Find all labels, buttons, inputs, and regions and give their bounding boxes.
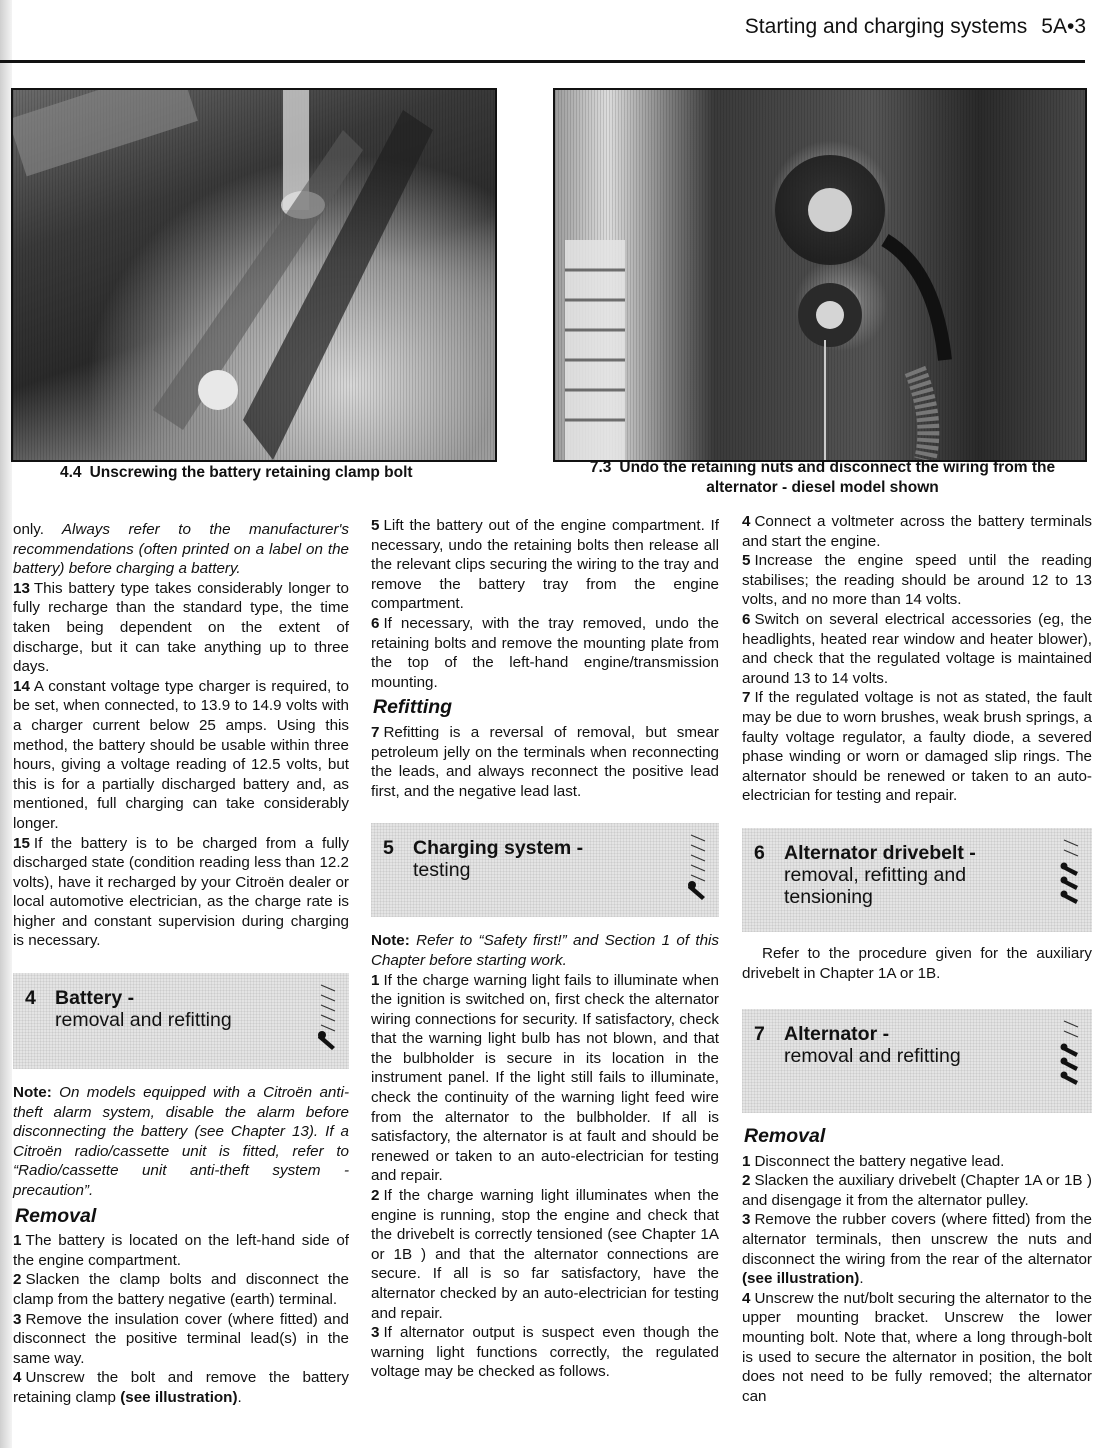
text: If necessary, with the tray removed, und… xyxy=(371,615,719,691)
figure-number: 4.4 xyxy=(60,464,82,481)
alternator-wiring-illustration xyxy=(555,90,1085,460)
text: Lift the battery out of the engine compa… xyxy=(371,517,719,612)
step-number: 2 xyxy=(13,1271,21,1288)
section-number: 4 xyxy=(25,987,55,1031)
figure-caption-text: alternator - diesel model shown xyxy=(706,479,939,496)
figure-4-4-caption: 4.4Unscrewing the battery retaining clam… xyxy=(60,464,500,482)
text: If the charge warning light fails to ill… xyxy=(371,972,719,1185)
text: This battery type takes considerably lon… xyxy=(13,580,349,675)
page-header: Starting and charging systems5A•3 xyxy=(0,0,1112,62)
section-number: 6 xyxy=(754,842,784,908)
alt-removal-step-2: 2Slacken the auxiliary drivebelt (Chapte… xyxy=(742,1171,1092,1210)
section-6-heading: 6 Alternator drivebelt - removal, refitt… xyxy=(742,828,1092,932)
text: Refitting is a reversal of removal, but … xyxy=(371,724,719,800)
figure-number: 7.3 xyxy=(590,459,612,476)
section-subtitle: removal and refitting xyxy=(784,1045,961,1067)
section-subtitle: testing xyxy=(413,859,470,881)
test-step-2: 2If the charge warning light illuminates… xyxy=(371,1186,719,1323)
wrench-icon xyxy=(1060,836,1082,908)
text: Always refer to the manufacturer's recom… xyxy=(13,521,349,577)
step-number: 3 xyxy=(742,1211,750,1228)
difficulty-rating-icon xyxy=(1058,1017,1084,1089)
step-number: 2 xyxy=(371,1187,379,1204)
section-title: 5 Charging system - testing xyxy=(383,837,679,881)
section-title: 6 Alternator drivebelt - removal, refitt… xyxy=(754,842,1052,908)
removal-step-4: 4Unscrew the bolt and remove the battery… xyxy=(13,1368,349,1407)
step-number: 4 xyxy=(13,1369,21,1386)
step-7: 7Refitting is a reversal of removal, but… xyxy=(371,723,719,801)
section-subtitle: removal and refitting xyxy=(55,1009,232,1031)
running-head: Starting and charging systems5A•3 xyxy=(745,15,1086,39)
section-6-body: Refer to the procedure given for the aux… xyxy=(742,944,1092,983)
step-number: 5 xyxy=(742,552,750,569)
paragraph-15: 15If the battery is to be charged from a… xyxy=(13,834,349,952)
text: If alternator output is suspect even tho… xyxy=(371,1324,719,1380)
text: Slacken the auxiliary drivebelt (Chapter… xyxy=(742,1172,1092,1209)
text: Remove the insulation cover (where fitte… xyxy=(13,1311,349,1367)
text: Slacken the clamp bolts and disconnect t… xyxy=(13,1271,349,1308)
step-number: 3 xyxy=(13,1311,21,1328)
note-text: On models equipped with a Citroën anti-t… xyxy=(13,1084,349,1199)
section-number: 7 xyxy=(754,1023,784,1067)
figure-7-3-caption: 7.3Undo the retaining nuts and disconnec… xyxy=(555,458,1090,498)
text-column-2: 5Lift the battery out of the engine comp… xyxy=(371,516,719,1382)
section-main-title: Alternator - xyxy=(784,1023,889,1045)
step-5: 5Lift the battery out of the engine comp… xyxy=(371,516,719,614)
paragraph-13: 13This battery type takes considerably l… xyxy=(13,579,349,677)
wrench-icon xyxy=(1060,1017,1082,1089)
section-number: 5 xyxy=(383,837,413,881)
test-step-1: 1If the charge warning light fails to il… xyxy=(371,971,719,1187)
text: If the charge warning light illuminates … xyxy=(371,1187,719,1322)
step-number: 1 xyxy=(742,1153,750,1170)
text: Disconnect the battery negative lead. xyxy=(754,1153,1004,1170)
page-number: 5A•3 xyxy=(1041,15,1086,38)
section-subtitle: removal, refitting and xyxy=(784,864,966,886)
alt-removal-step-4: 4Unscrew the nut/bolt securing the alter… xyxy=(742,1289,1092,1407)
refitting-heading: Refitting xyxy=(373,698,719,718)
step-number: 7 xyxy=(742,689,750,706)
test-step-7: 7If the regulated voltage is not as stat… xyxy=(742,688,1092,806)
removal-step-3: 3Remove the insulation cover (where fitt… xyxy=(13,1310,349,1369)
section-title: 7 Alternator - removal and refitting xyxy=(754,1023,1052,1067)
text: only. xyxy=(13,521,44,538)
text: Remove the rubber covers (where fitted) … xyxy=(742,1211,1092,1267)
test-step-5: 5Increase the engine speed until the rea… xyxy=(742,551,1092,610)
step-number: 1 xyxy=(371,972,379,989)
paragraph: only. Always refer to the manufacturer's… xyxy=(13,520,349,579)
text: . xyxy=(859,1270,863,1287)
illustration-reference: (see illustration) xyxy=(742,1270,859,1287)
step-6: 6If necessary, with the tray removed, un… xyxy=(371,614,719,692)
test-step-6: 6Switch on several electrical accessorie… xyxy=(742,610,1092,688)
text-column-3: 4Connect a voltmeter across the battery … xyxy=(742,512,1092,1406)
text: If the regulated voltage is not as state… xyxy=(742,689,1092,804)
charging-note: Note: Refer to “Safety first!” and Secti… xyxy=(371,931,719,970)
note-text: Refer to “Safety first!” and Section 1 o… xyxy=(371,932,719,969)
illustration-reference: (see illustration) xyxy=(120,1389,237,1406)
step-number: 6 xyxy=(742,611,750,628)
chapter-title: Starting and charging systems xyxy=(745,15,1027,38)
removal-heading: Removal xyxy=(744,1127,1092,1147)
step-number: 15 xyxy=(13,835,30,852)
section-7-heading: 7 Alternator - removal and refitting xyxy=(742,1009,1092,1113)
figure-caption-text: Undo the retaining nuts and disconnect t… xyxy=(619,459,1055,476)
step-number: 1 xyxy=(13,1232,21,1249)
text: Switch on several electrical accessories… xyxy=(742,611,1092,687)
battery-note: Note: On models equipped with a Citroën … xyxy=(13,1083,349,1201)
step-number: 2 xyxy=(742,1172,750,1189)
figure-7-3-photo xyxy=(553,88,1087,462)
test-step-4: 4Connect a voltmeter across the battery … xyxy=(742,512,1092,551)
wrench-icon xyxy=(687,831,709,901)
removal-heading: Removal xyxy=(15,1207,349,1227)
step-number: 7 xyxy=(371,724,379,741)
section-subtitle: tensioning xyxy=(784,886,873,908)
text: Increase the engine speed until the read… xyxy=(742,552,1092,608)
text: A constant voltage type charger is requi… xyxy=(13,678,349,832)
step-number: 5 xyxy=(371,517,379,534)
section-4-heading: 4 Battery - removal and refitting xyxy=(13,973,349,1069)
step-number: 4 xyxy=(742,513,750,530)
removal-step-2: 2Slacken the clamp bolts and disconnect … xyxy=(13,1270,349,1309)
note-label: Note: xyxy=(13,1084,52,1101)
text: Connect a voltmeter across the battery t… xyxy=(742,513,1092,550)
figure-4-4-photo xyxy=(11,88,497,462)
test-step-3: 3If alternator output is suspect even th… xyxy=(371,1323,719,1382)
alt-removal-step-1: 1Disconnect the battery negative lead. xyxy=(742,1152,1092,1172)
difficulty-rating-icon xyxy=(685,831,711,901)
text: . xyxy=(238,1389,242,1406)
text: The battery is located on the left-hand … xyxy=(13,1232,349,1269)
battery-clamp-illustration xyxy=(13,90,495,460)
figure-caption-text: Unscrewing the battery retaining clamp b… xyxy=(90,464,413,481)
alt-removal-step-3: 3Remove the rubber covers (where fitted)… xyxy=(742,1210,1092,1288)
paragraph-14: 14A constant voltage type charger is req… xyxy=(13,677,349,834)
section-title: 4 Battery - removal and refitting xyxy=(25,987,309,1031)
section-main-title: Battery - xyxy=(55,987,134,1009)
text: Unscrew the nut/bolt securing the altern… xyxy=(742,1290,1092,1405)
section-5-heading: 5 Charging system - testing xyxy=(371,823,719,917)
header-rule xyxy=(0,60,1085,63)
difficulty-rating-icon xyxy=(315,981,341,1051)
removal-step-1: 1The battery is located on the left-hand… xyxy=(13,1231,349,1270)
step-number: 3 xyxy=(371,1324,379,1341)
step-number: 6 xyxy=(371,615,379,632)
difficulty-rating-icon xyxy=(1058,836,1084,908)
step-number: 14 xyxy=(13,678,30,695)
text-column-1: only. Always refer to the manufacturer's… xyxy=(13,520,349,1408)
note-label: Note: xyxy=(371,932,410,949)
section-main-title: Alternator drivebelt - xyxy=(784,842,976,864)
step-number: 4 xyxy=(742,1290,750,1307)
step-number: 13 xyxy=(13,580,30,597)
section-main-title: Charging system - xyxy=(413,837,583,859)
wrench-icon xyxy=(317,981,339,1051)
text: If the battery is to be charged from a f… xyxy=(13,835,349,950)
